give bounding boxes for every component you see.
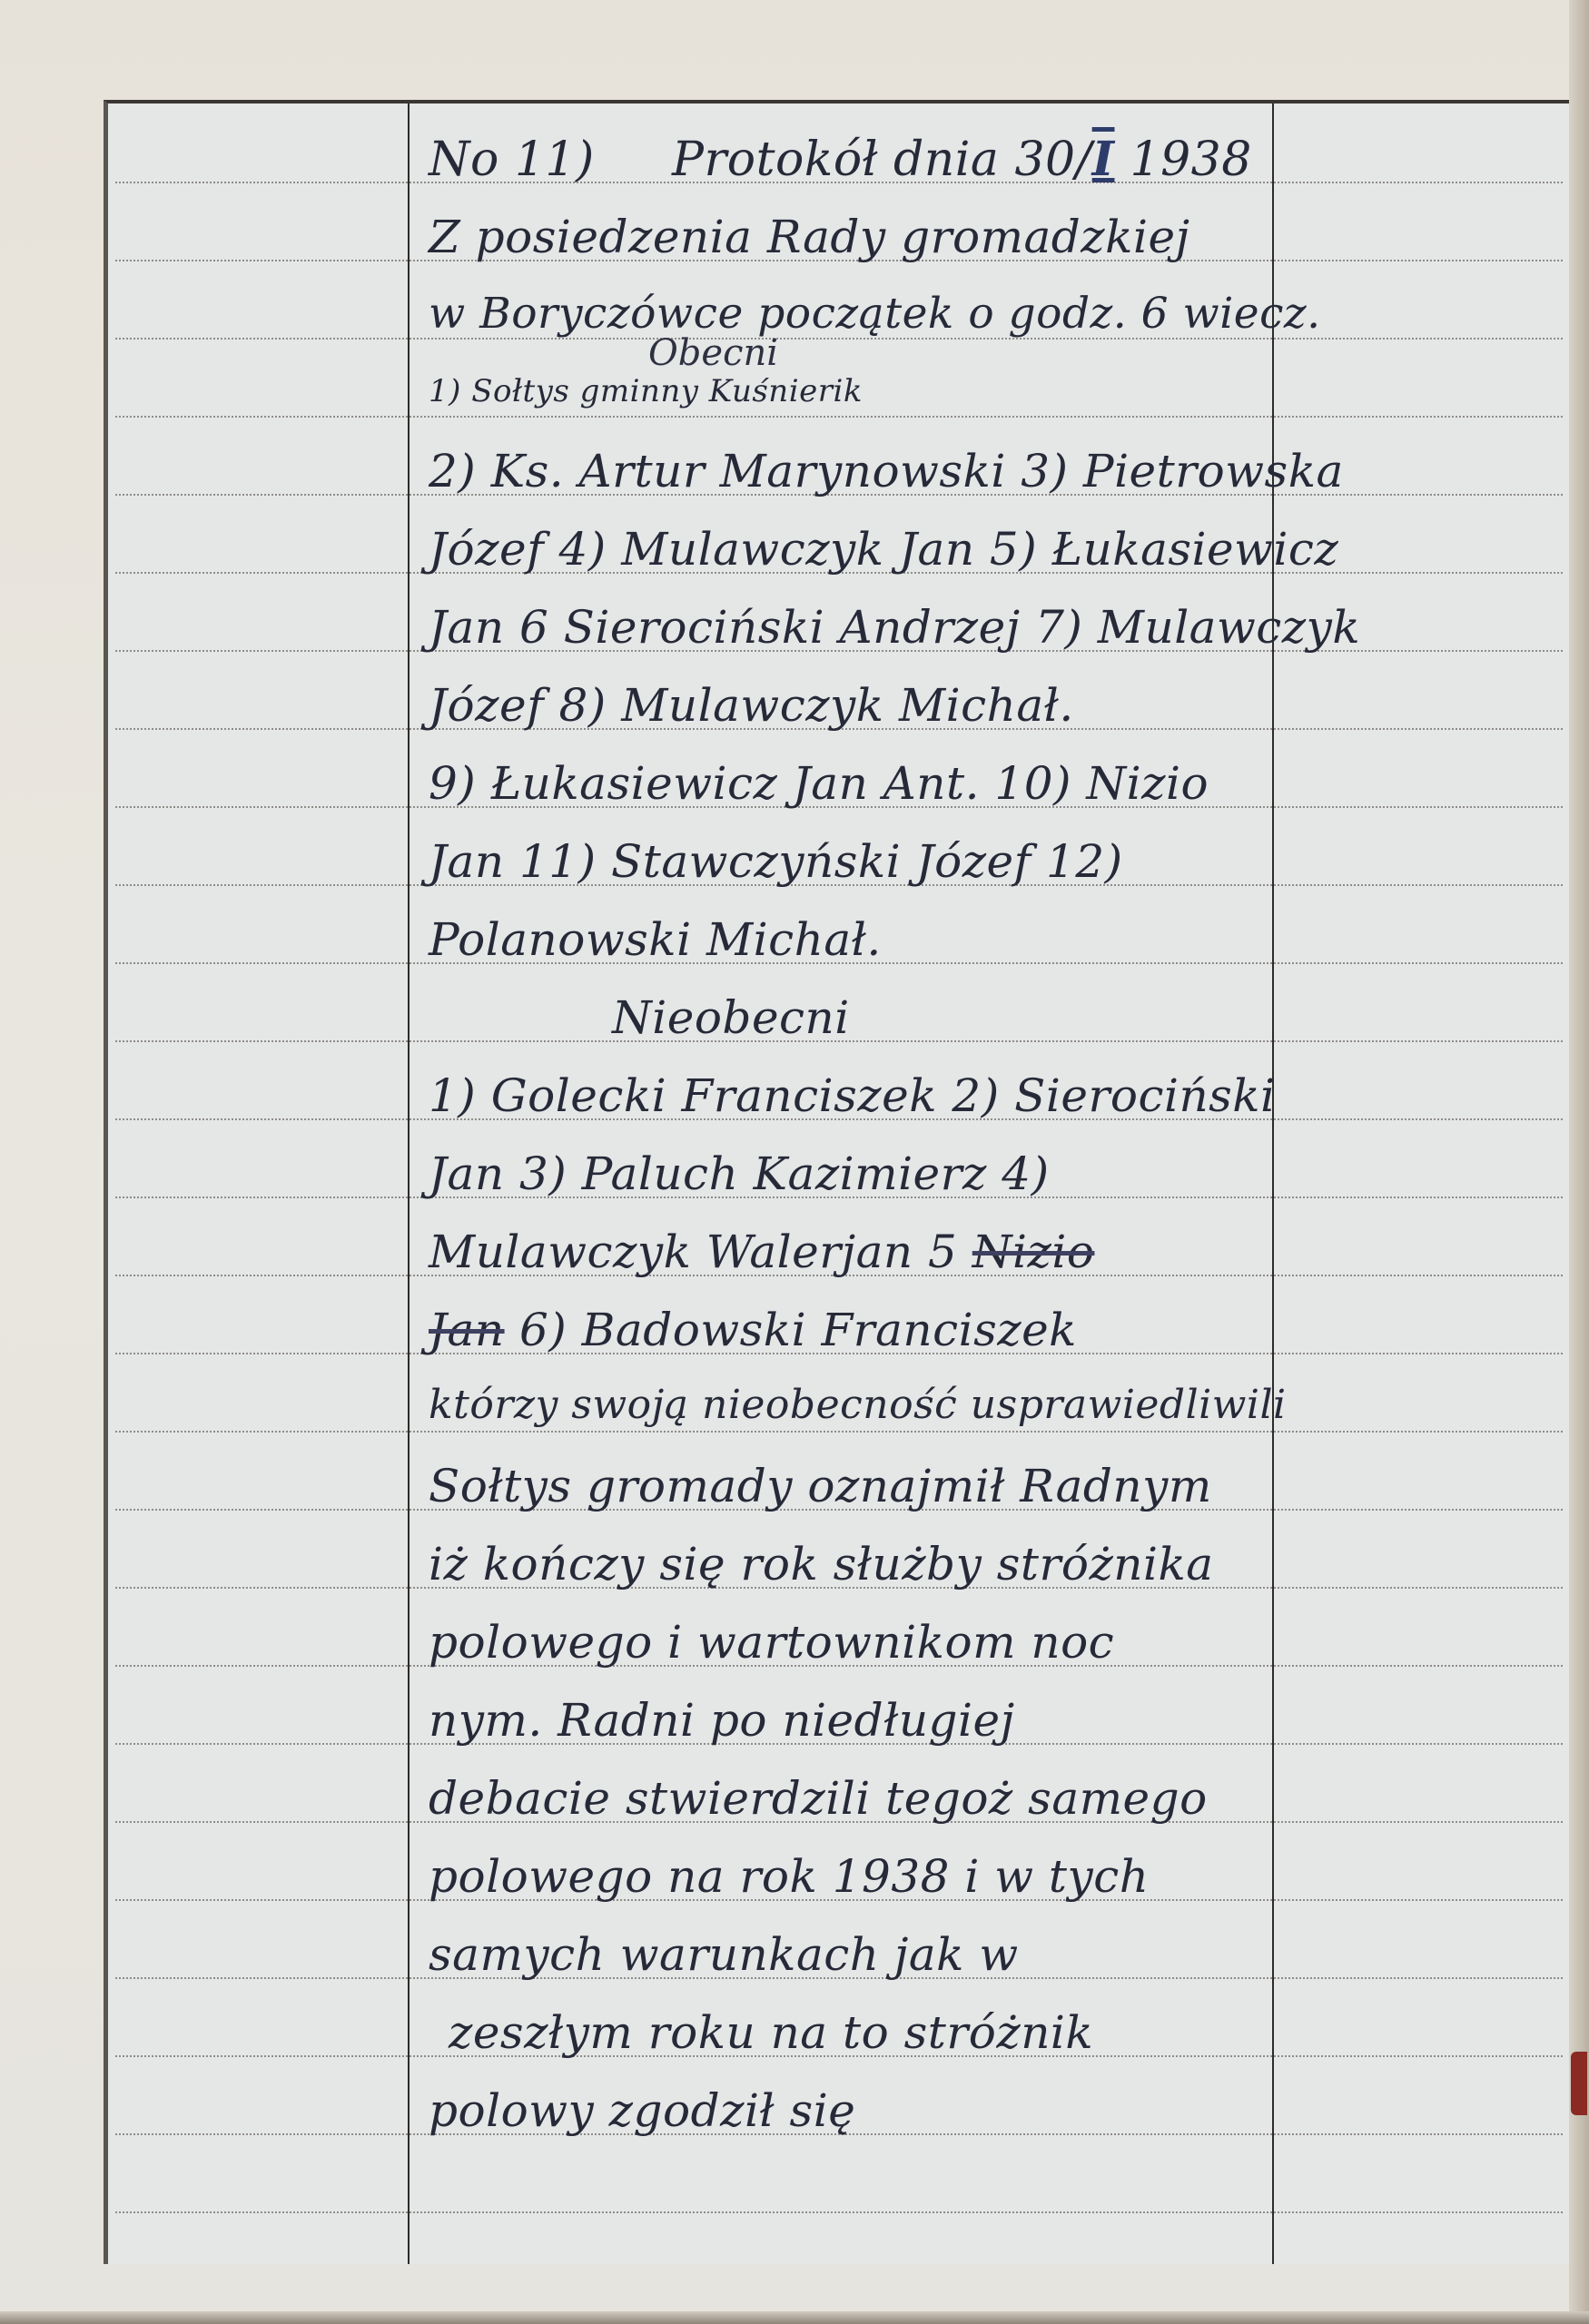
protocol-title: Protokół [672, 133, 878, 187]
absent-heading: Nieobecni [612, 995, 1265, 1040]
present-heading: Obecni [648, 332, 778, 374]
ledger-frame: No 11) Protokół dnia 30/I 1938 Z posiedz… [104, 100, 1574, 2264]
date-prefix: dnia [893, 133, 999, 187]
text-line: Jan 3) Paluch Kazimierz 4) [429, 1151, 1265, 1196]
date-month: I [1092, 132, 1115, 187]
text-line: samych warunkach jak w [429, 1932, 1265, 1977]
text-line: Józef 8) Mulawczyk Michał. [429, 683, 1265, 728]
text-fragment: 6) Badowski Franciszek [519, 1304, 1077, 1356]
scanned-page: No 11) Protokół dnia 30/I 1938 Z posiedz… [0, 0, 1589, 2324]
page-edge [1569, 0, 1589, 2324]
text-line: zeszłym roku na to stróżnik [449, 2010, 1265, 2055]
text-line: polowy zgodził się [429, 2088, 1265, 2133]
text-line: debacie stwierdzili tegoż samego [429, 1776, 1265, 1821]
main-text-column: No 11) Protokół dnia 30/I 1938 Z posiedz… [412, 103, 1270, 2264]
text-line: iż kończy się rok służby stróżnika [429, 1541, 1265, 1587]
text-line: nym. Radni po niedługiej [429, 1698, 1265, 1743]
text-line: Z posiedzenia Rady gromadzkiej [429, 214, 1265, 260]
right-margin-column-divider [1272, 103, 1274, 2264]
text-line: Jan 6 Sierociński Andrzej 7) Mulawczyk [429, 605, 1265, 650]
bookmark-ribbon [1571, 2052, 1587, 2115]
struck-name: Nizio [972, 1226, 1095, 1278]
text-fragment: Mulawczyk Walerjan 5 [429, 1226, 957, 1278]
protocol-number: No 11) [429, 133, 595, 187]
text-line: Józef 4) Mulawczyk Jan 5) Łukasiewicz [429, 527, 1265, 572]
text-line: 2) Ks. Artur Marynowski 3) Pietrowska [429, 448, 1265, 494]
text-line: w Boryczówce początek o godz. 6 wiecz. [429, 292, 1265, 335]
text-line: 9) Łukasiewicz Jan Ant. 10) Nizio [429, 761, 1265, 806]
left-margin-column-divider [408, 103, 410, 2264]
date-day: 30/ [1014, 133, 1091, 187]
struck-name: Jan [429, 1304, 505, 1356]
date-year: 1938 [1130, 133, 1252, 187]
text-line: którzy swoją nieobecność usprawiedliwili [429, 1385, 1265, 1425]
text-line: Polanowski Michał. [429, 917, 1265, 962]
page-edge [0, 2311, 1589, 2324]
text-line: Jan 11) Stawczyński Józef 12) [429, 839, 1265, 884]
text-line: 1) Golecki Franciszek 2) Sierociński [429, 1073, 1265, 1118]
text-line: Mulawczyk Walerjan 5 Nizio [429, 1229, 1265, 1275]
protocol-header: No 11) Protokół dnia 30/I 1938 [429, 136, 1265, 183]
text-line-inserted: 1) Sołtys gminny Kuśnierik [429, 376, 1265, 407]
text-line: Sołtys gromady oznajmił Radnym [429, 1463, 1265, 1509]
text-line: polowego na rok 1938 i w tych [429, 1854, 1265, 1899]
text-line: polowego i wartownikom noc [429, 1620, 1265, 1665]
text-line: Jan 6) Badowski Franciszek [429, 1307, 1265, 1353]
